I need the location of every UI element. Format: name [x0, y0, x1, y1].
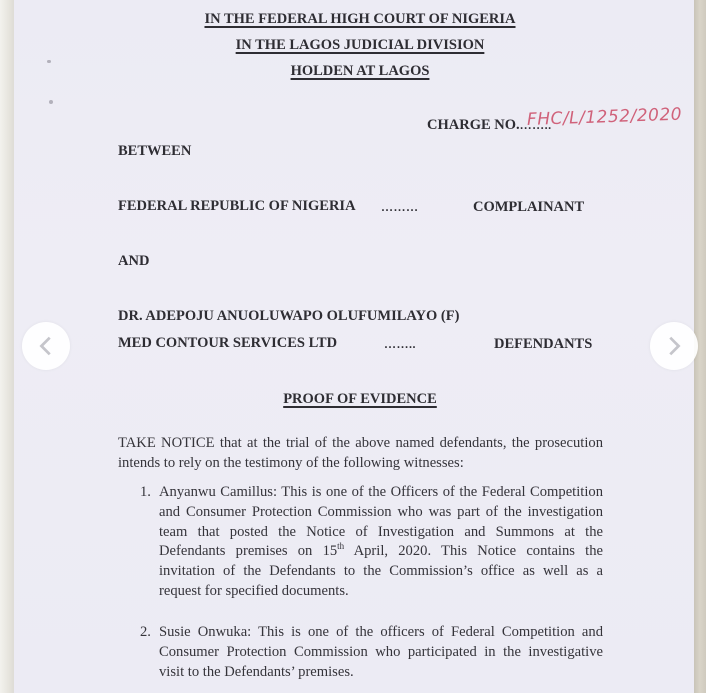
carousel-next-button[interactable] [650, 322, 698, 370]
witness-number: 2. [140, 623, 151, 643]
witness-line: and Consumer Protection Commission who w… [159, 503, 603, 523]
paper-edge-left [0, 0, 14, 693]
paper-speck [49, 100, 53, 104]
section-title: PROOF OF EVIDENCE [0, 391, 720, 408]
witness-line-part: Defendants premises on 15 [159, 543, 337, 559]
background-strip [706, 0, 720, 693]
witness-line: Defendants premises on 15th April, 2020.… [159, 542, 603, 562]
notice-line: TAKE NOTICE that at the trial of the abo… [118, 434, 603, 454]
defendant-role: DEFENDANTS [494, 336, 592, 353]
witness-2-text: Susie Onwuka: This is one of the officer… [159, 623, 603, 682]
and-label: AND [118, 253, 149, 270]
witness-line: Susie Onwuka: This is one of the officer… [159, 623, 603, 643]
court-header-line-3: HOLDEN AT LAGOS [0, 63, 720, 80]
defendant-1: DR. ADEPOJU ANUOLUWAPO OLUFUMILAYO (F) [118, 308, 459, 325]
post-image-viewer: IN THE FEDERAL HIGH COURT OF NIGERIA IN … [0, 0, 720, 693]
complainant-party: FEDERAL REPUBLIC OF NIGERIA [118, 198, 356, 215]
witness-number: 1. [140, 483, 151, 503]
notice-paragraph: TAKE NOTICE that at the trial of the abo… [118, 434, 603, 474]
witness-line: Anyanwu Camillus: This is one of the Off… [159, 483, 603, 503]
complainant-dots: ……… [381, 200, 419, 215]
witness-line: invitation of the Defendants to the Comm… [159, 562, 603, 582]
charge-number-label: CHARGE NO. [427, 117, 520, 133]
defendant-dots: …….. [384, 337, 416, 352]
court-header-line-1: IN THE FEDERAL HIGH COURT OF NIGERIA [0, 11, 720, 28]
notice-line: intends to rely on the testimony of the … [118, 454, 603, 474]
defendant-2: MED CONTOUR SERVICES LTD [118, 335, 337, 352]
carousel-prev-button[interactable] [22, 322, 70, 370]
chevron-right-icon [663, 335, 685, 357]
chevron-left-icon [35, 335, 57, 357]
witness-line: team that posted the Notice of Investiga… [159, 523, 603, 543]
witness-line: Consumer Protection Commission who parti… [159, 643, 603, 663]
court-header-line-2: IN THE LAGOS JUDICIAL DIVISION [0, 37, 720, 54]
witness-1-text: Anyanwu Camillus: This is one of the Off… [159, 483, 603, 602]
witness-line: visit to the Defendants’ premises. [159, 663, 603, 683]
complainant-role: COMPLAINANT [473, 199, 584, 216]
between-label: BETWEEN [118, 143, 191, 160]
witness-line: request for specified documents. [159, 582, 603, 602]
witness-line-part: April, 2020. This Notice contains the [344, 543, 603, 559]
charge-number: CHARGE NO.……..FHC/L/1252/2020 [427, 116, 552, 134]
